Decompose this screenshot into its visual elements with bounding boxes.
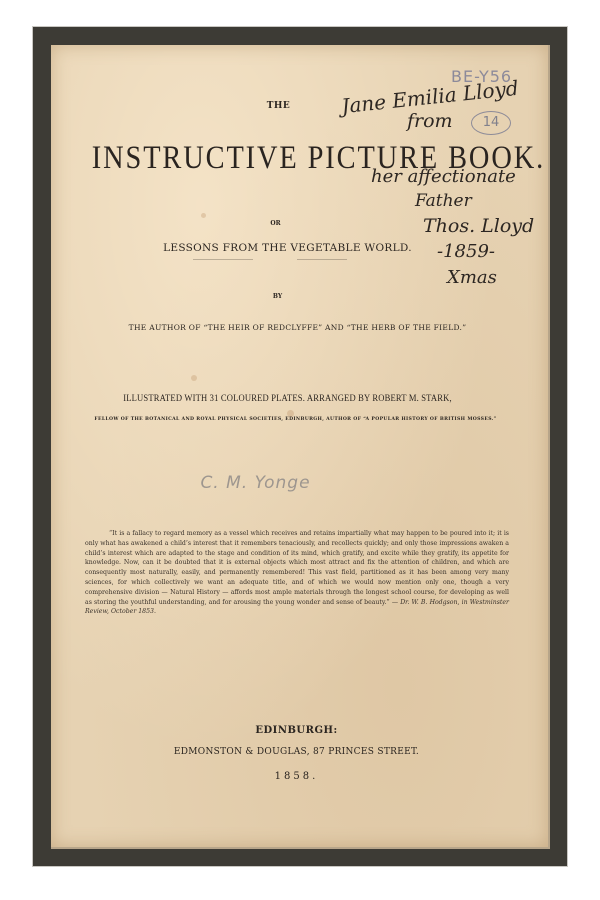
pencil-underline: [193, 259, 253, 260]
epigraph-text: “It is a fallacy to regard memory as a v…: [85, 530, 509, 606]
imprint-year: 1858.: [48, 771, 545, 782]
pencil-underline: [297, 259, 347, 260]
inscription-father: Father: [415, 191, 472, 211]
foxing-spot: [287, 410, 294, 417]
illustrated-line: ILLUSTRATED WITH 31 COLOURED PLATES. ARR…: [64, 394, 511, 404]
imprint-publisher: EDMONSTON & DOUGLAS, 87 PRINCES STREET.: [48, 747, 545, 757]
title-page: THE INSTRUCTIVE PICTURE BOOK. OR LESSONS…: [51, 45, 550, 849]
epigraph: “It is a fallacy to regard memory as a v…: [85, 529, 509, 617]
imprint-city: EDINBURGH:: [48, 725, 545, 736]
inscription-year: -1859-: [437, 241, 495, 262]
title-by: BY: [29, 293, 526, 300]
inscription-signature: Thos. Lloyd: [423, 215, 534, 237]
scan-frame: THE INSTRUCTIVE PICTURE BOOK. OR LESSONS…: [33, 27, 567, 866]
author-line: THE AUTHOR OF “THE HEIR OF REDCLYFFE” AN…: [49, 323, 546, 332]
inscription-xmas: Xmas: [447, 267, 497, 288]
fellow-line: FELLOW OF THE BOTANICAL AND ROYAL PHYSIC…: [47, 417, 544, 422]
inscription-affectionate: her affectionate: [371, 166, 516, 187]
inscription-from: from: [407, 110, 453, 132]
foxing-spot: [201, 213, 206, 218]
pencil-attribution: C. M. Yonge: [7, 473, 504, 493]
foxing-spot: [191, 375, 197, 381]
circled-number: 14: [471, 111, 511, 135]
